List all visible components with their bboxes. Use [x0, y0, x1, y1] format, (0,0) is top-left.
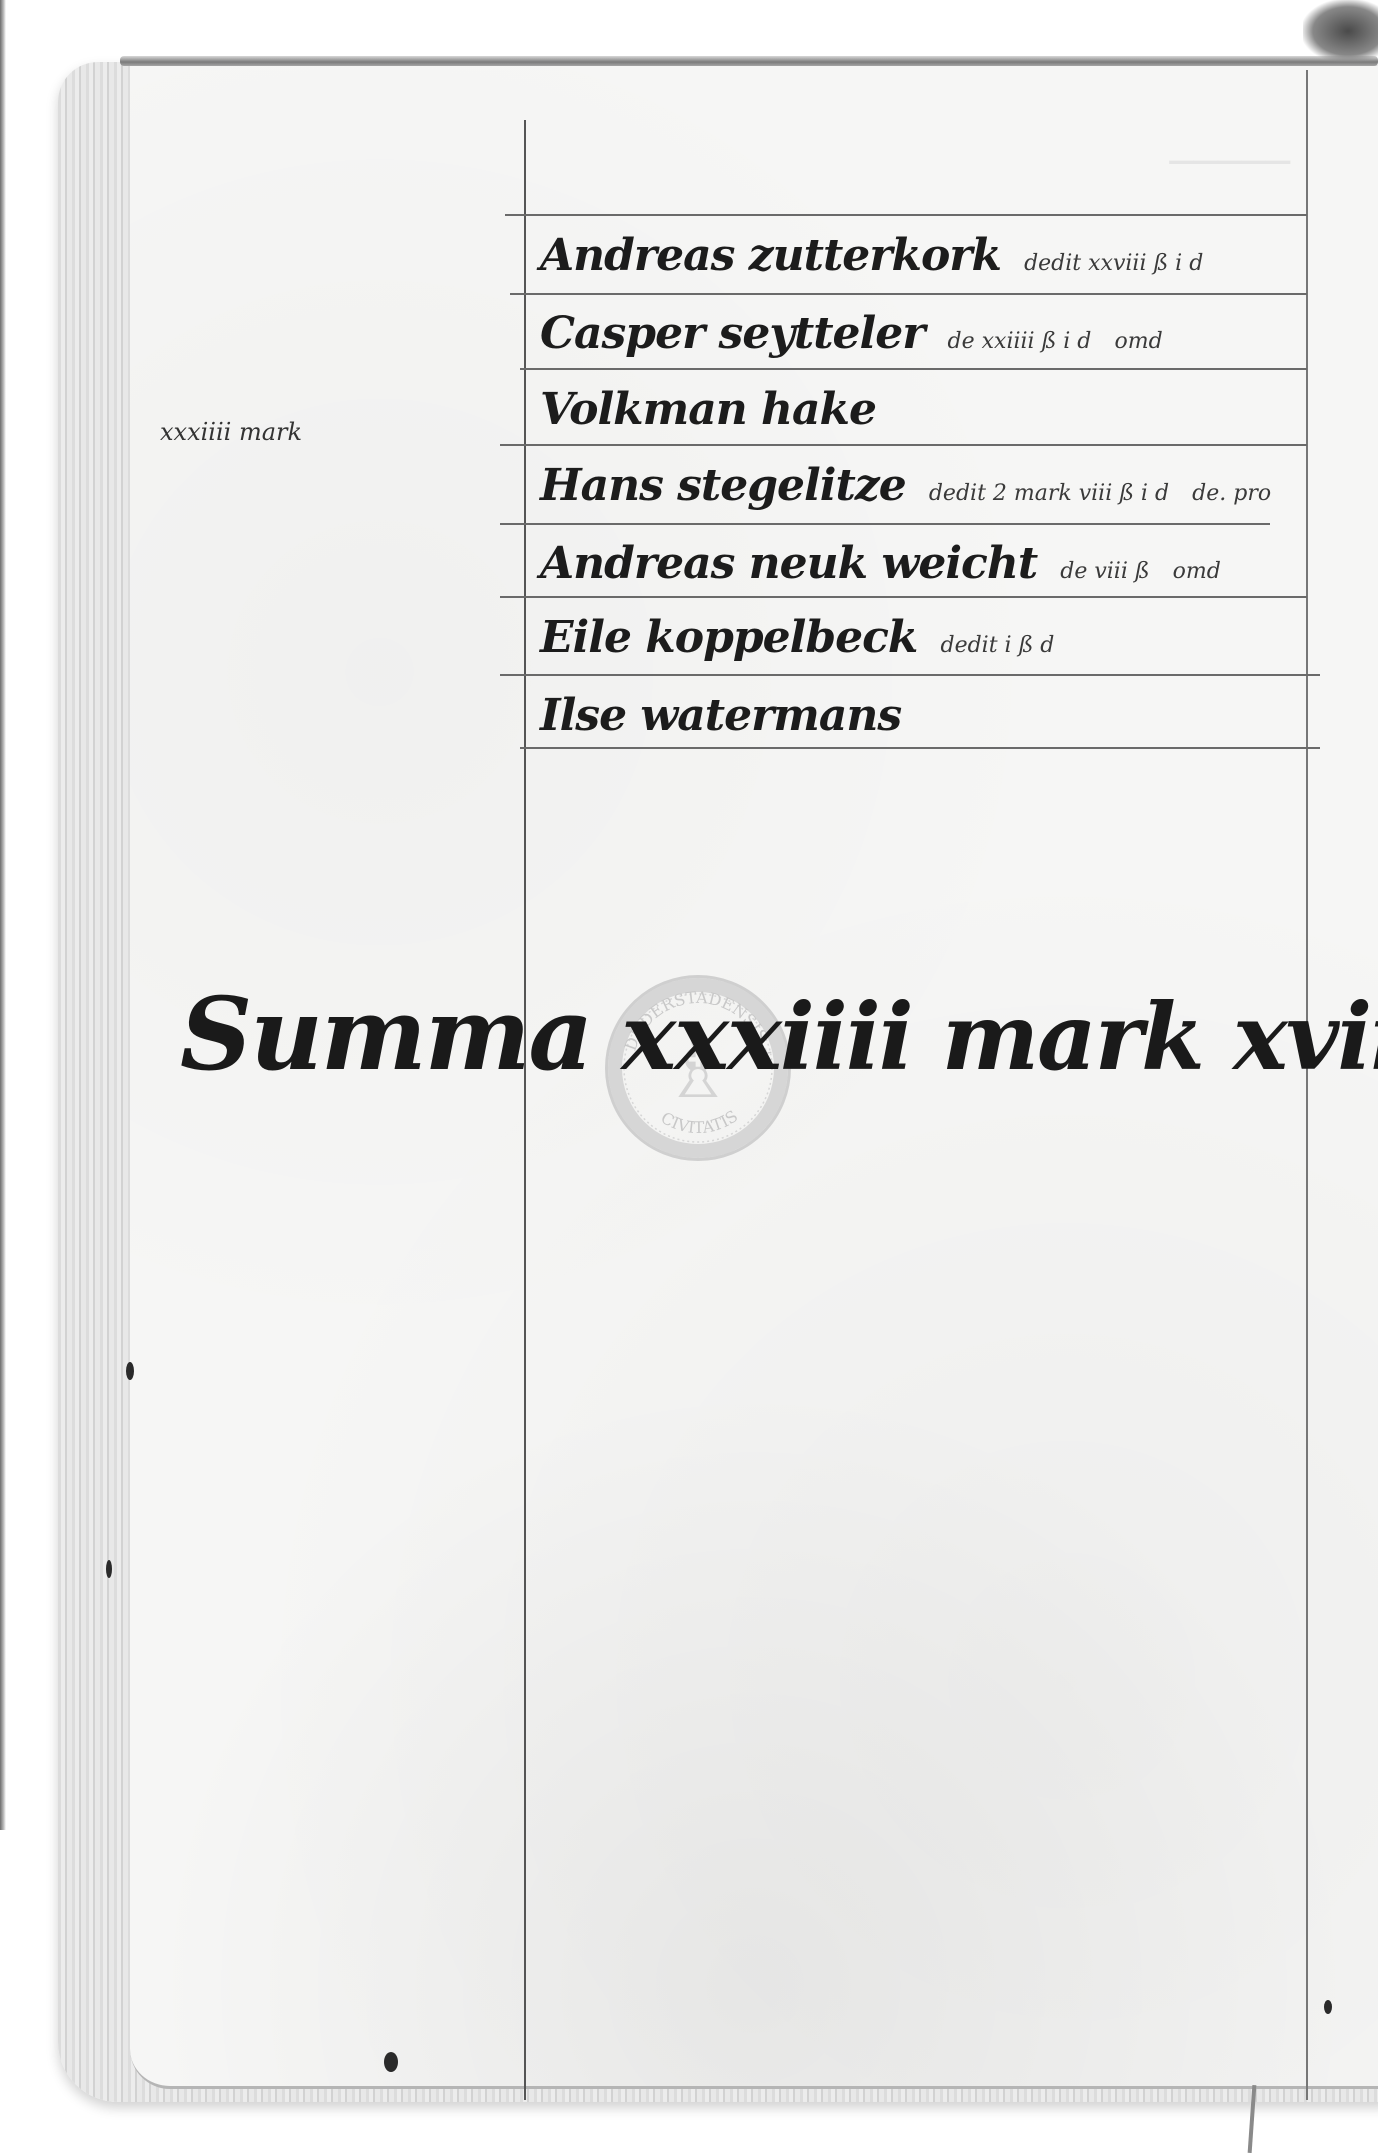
- ledger-entry: Volkman hake: [540, 384, 876, 435]
- ink-spot: [106, 1560, 112, 1578]
- row-rule: [520, 368, 1307, 370]
- entry-name: Casper seytteler: [540, 308, 924, 359]
- entry-payment-note: dedit i ß d: [940, 633, 1054, 658]
- entry-name: Ilse watermans: [540, 690, 901, 741]
- entry-name: Hans stegelitze: [540, 460, 906, 511]
- ledger-entry: Hans stegelitze dedit 2 mark viii ß i d …: [540, 460, 1271, 511]
- row-rule: [500, 674, 1320, 676]
- entry-payment-note: de xxiiii ß i d: [948, 329, 1092, 354]
- ledger-entry: Andreas neuk weicht de viii ß omd: [540, 538, 1221, 589]
- summa-amount: xxxiiii mark xviii ß: [621, 983, 1378, 1091]
- entry-name: Andreas zutterkork: [540, 230, 1001, 281]
- margin-annotation: xxxiiii mark: [160, 418, 302, 446]
- page-top-edge: [120, 56, 1378, 66]
- entry-payment-note: de viii ß: [1060, 559, 1149, 584]
- summa-label: Summa: [180, 975, 591, 1093]
- row-rule: [500, 523, 1270, 525]
- row-rule: [505, 214, 1307, 216]
- ink-spot: [1324, 2000, 1332, 2014]
- ledger-entry: Andreas zutterkork dedit xxviii ß i d: [540, 230, 1203, 281]
- entry-payment-note: dedit 2 mark viii ß i d: [929, 481, 1169, 506]
- row-rule: [510, 293, 1307, 295]
- row-rule: [500, 596, 1307, 598]
- binding-cord: [1303, 0, 1378, 62]
- bleed-through-texture: ─────: [870, 140, 1290, 186]
- row-rule: [500, 444, 1307, 446]
- entry-name: Volkman hake: [540, 384, 876, 435]
- ink-spot: [384, 2052, 398, 2072]
- entry-note-tail: de. pro: [1192, 481, 1271, 506]
- summa-total: Summa xxxiiii mark xviii ß: [180, 975, 1378, 1093]
- entry-name: Andreas neuk weicht: [540, 538, 1037, 589]
- entry-note-tail: omd: [1173, 559, 1221, 584]
- ledger-entry: Ilse watermans: [540, 690, 901, 741]
- ink-spot: [126, 1362, 134, 1380]
- scan-border: [0, 0, 6, 1830]
- ledger-entry: Eile koppelbeck dedit i ß d: [540, 612, 1054, 663]
- left-column-rule: [524, 120, 526, 2100]
- entry-payment-note: dedit xxviii ß i d: [1024, 251, 1203, 276]
- entry-note-tail: omd: [1114, 329, 1162, 354]
- ledger-entry: Casper seytteler de xxiiii ß i d omd: [540, 308, 1163, 359]
- row-rule: [520, 747, 1320, 749]
- entry-name: Eile koppelbeck: [540, 612, 917, 663]
